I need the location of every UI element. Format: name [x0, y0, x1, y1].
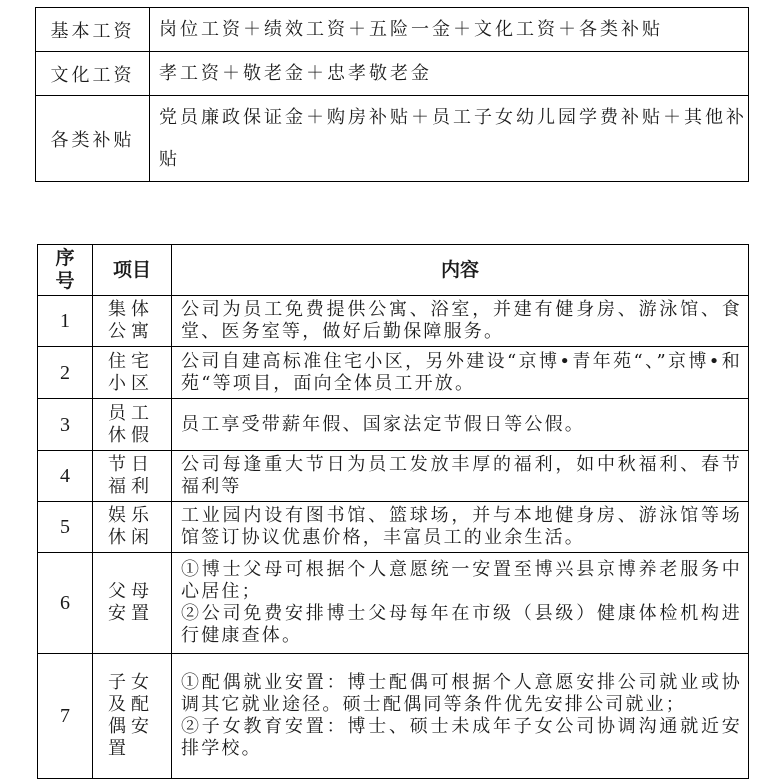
row-item: 员工休假: [93, 399, 172, 451]
table-row: 各类补贴 党员廉政保证金＋购房补贴＋员工子女幼儿园学费补贴＋其他补贴: [36, 96, 749, 182]
table-row: 6父母安置①博士父母可根据个人意愿统一安置至博兴县京博养老服务中心居住；②公司免…: [38, 553, 749, 654]
content-paragraph: 公司为员工免费提供公寓、浴室，并建有健身房、游泳馆、食堂、医务室等，做好后勤保障…: [181, 299, 742, 343]
row-item-label: 节日福利: [108, 454, 156, 498]
row-content: ①博士父母可根据个人意愿统一安置至博兴县京博养老服务中心居住；②公司免费安排博士…: [172, 553, 749, 654]
header-content: 内容: [172, 245, 749, 296]
row-number: 1: [38, 296, 93, 347]
row-number: 3: [38, 399, 93, 451]
row-label: 各类补贴: [36, 96, 150, 182]
header-no-label: 序号: [54, 247, 76, 293]
row-item: 住宅小区: [93, 347, 172, 399]
table-row: 5娱乐休闲工业园内设有图书馆、篮球场，并与本地健身房、游泳馆等场馆签订协议优惠价…: [38, 502, 749, 553]
content-paragraph: 工业园内设有图书馆、篮球场，并与本地健身房、游泳馆等场馆签订协议优惠价格，丰富员…: [181, 505, 742, 549]
table-row: 文化工资 孝工资＋敬老金＋忠孝敬老金: [36, 52, 749, 96]
row-item-label: 父母安置: [108, 581, 156, 625]
row-item-label: 娱乐休闲: [108, 505, 156, 549]
content-paragraph: ②子女教育安置：博士、硕士未成年子女公司协调沟通就近安排学校。: [181, 716, 742, 760]
table-row: 4节日福利公司每逢重大节日为员工发放丰厚的福利，如中秋福利、春节福利等: [38, 451, 749, 502]
header-no: 序号: [38, 245, 93, 296]
row-item: 娱乐休闲: [93, 502, 172, 553]
row-item: 子女及配偶安置: [93, 654, 172, 779]
content-paragraph: ①配偶就业安置：博士配偶可根据个人意愿安排公司就业或协调其它就业途径。硕士配偶同…: [181, 672, 742, 716]
row-item: 集体公寓: [93, 296, 172, 347]
row-content: 工业园内设有图书馆、篮球场，并与本地健身房、游泳馆等场馆签订协议优惠价格，丰富员…: [172, 502, 749, 553]
row-content: 公司自建高标准住宅小区，另外建设“京博•青年苑“、”京博•和苑“等项目，面向全体…: [172, 347, 749, 399]
row-item-label: 子女及配偶安置: [108, 672, 156, 760]
row-item-label: 住宅小区: [108, 351, 156, 395]
table-row: 基本工资 岗位工资＋绩效工资＋五险一金＋文化工资＋各类补贴: [36, 8, 749, 52]
row-number: 4: [38, 451, 93, 502]
row-value: 党员廉政保证金＋购房补贴＋员工子女幼儿园学费补贴＋其他补贴: [150, 96, 749, 182]
row-content: ①配偶就业安置：博士配偶可根据个人意愿安排公司就业或协调其它就业途径。硕士配偶同…: [172, 654, 749, 779]
row-content: 公司每逢重大节日为员工发放丰厚的福利，如中秋福利、春节福利等: [172, 451, 749, 502]
row-number: 7: [38, 654, 93, 779]
content-paragraph: ②公司免费安排博士父母每年在市级（县级）健康体检机构进行健康查体。: [181, 603, 742, 647]
row-number: 6: [38, 553, 93, 654]
row-item-label: 集体公寓: [108, 299, 156, 343]
table-row: 2住宅小区公司自建高标准住宅小区，另外建设“京博•青年苑“、”京博•和苑“等项目…: [38, 347, 749, 399]
row-item: 父母安置: [93, 553, 172, 654]
header-item: 项目: [93, 245, 172, 296]
content-paragraph: 员工享受带薪年假、国家法定节假日等公假。: [181, 414, 742, 436]
row-value: 岗位工资＋绩效工资＋五险一金＋文化工资＋各类补贴: [150, 8, 749, 52]
table-row: 7子女及配偶安置①配偶就业安置：博士配偶可根据个人意愿安排公司就业或协调其它就业…: [38, 654, 749, 779]
benefits-table: 序号 项目 内容 1集体公寓公司为员工免费提供公寓、浴室，并建有健身房、游泳馆、…: [37, 244, 749, 779]
row-number: 5: [38, 502, 93, 553]
row-item: 节日福利: [93, 451, 172, 502]
header-row: 序号 项目 内容: [38, 245, 749, 296]
row-label: 基本工资: [36, 8, 150, 52]
row-number: 2: [38, 347, 93, 399]
row-content: 公司为员工免费提供公寓、浴室，并建有健身房、游泳馆、食堂、医务室等，做好后勤保障…: [172, 296, 749, 347]
row-item-label: 员工休假: [108, 403, 156, 447]
table-row: 3员工休假员工享受带薪年假、国家法定节假日等公假。: [38, 399, 749, 451]
row-content: 员工享受带薪年假、国家法定节假日等公假。: [172, 399, 749, 451]
salary-composition-table: 基本工资 岗位工资＋绩效工资＋五险一金＋文化工资＋各类补贴 文化工资 孝工资＋敬…: [35, 7, 749, 182]
row-label: 文化工资: [36, 52, 150, 96]
content-paragraph: 公司每逢重大节日为员工发放丰厚的福利，如中秋福利、春节福利等: [181, 454, 742, 498]
row-value: 孝工资＋敬老金＋忠孝敬老金: [150, 52, 749, 96]
table-row: 1集体公寓公司为员工免费提供公寓、浴室，并建有健身房、游泳馆、食堂、医务室等，做…: [38, 296, 749, 347]
content-paragraph: ①博士父母可根据个人意愿统一安置至博兴县京博养老服务中心居住；: [181, 559, 742, 603]
content-paragraph: 公司自建高标准住宅小区，另外建设“京博•青年苑“、”京博•和苑“等项目，面向全体…: [181, 351, 742, 395]
